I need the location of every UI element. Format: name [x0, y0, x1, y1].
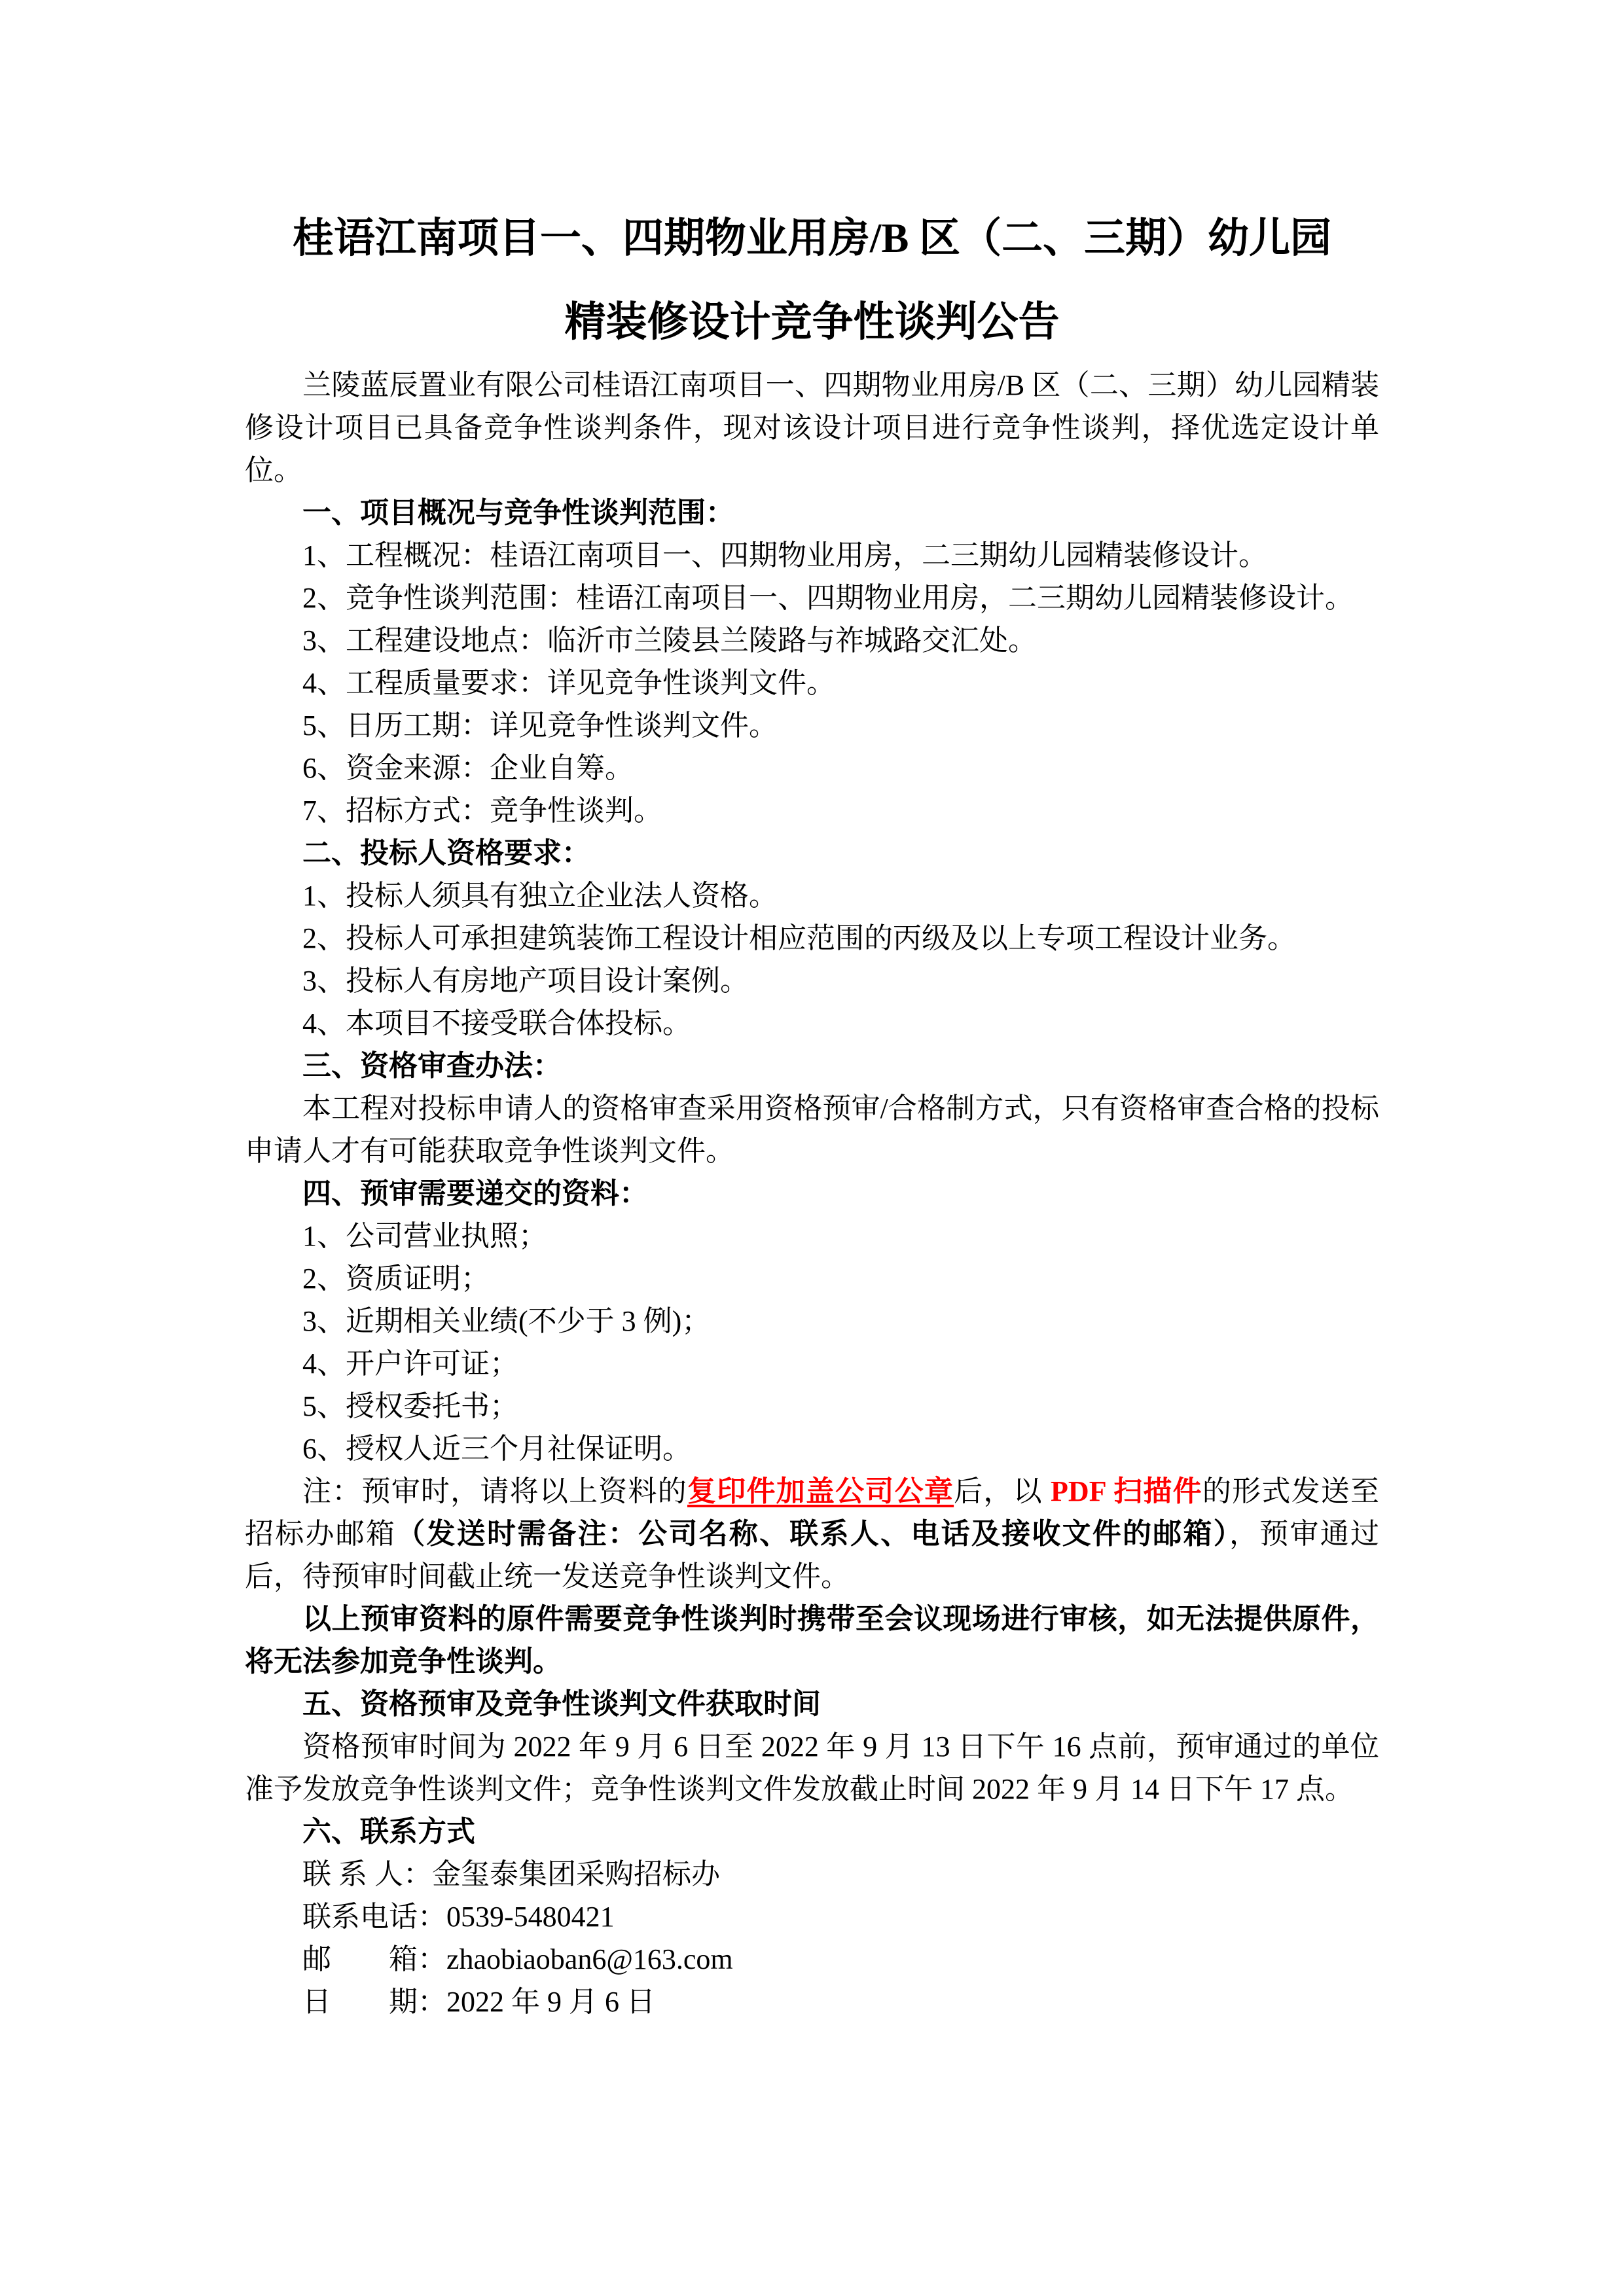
- contact-email-line: 邮 箱：zhaobiaoban6@163.com: [245, 1938, 1379, 1981]
- section-5-paragraph: 资格预审时间为 2022 年 9 月 6 日至 2022 年 9 月 13 日下…: [245, 1725, 1379, 1810]
- section-4-item-6: 6、授权人近三个月社保证明。: [245, 1427, 1379, 1470]
- doc-title-line-2: 精装修设计竞争性谈判公告: [245, 280, 1379, 364]
- section-2-item-1: 1、投标人须具有独立企业法人资格。: [245, 874, 1379, 917]
- section-1-item-4: 4、工程质量要求：详见竞争性谈判文件。: [245, 662, 1379, 704]
- section-1-item-1: 1、工程概况：桂语江南项目一、四期物业用房，二三期幼儿园精装修设计。: [245, 534, 1379, 577]
- note-segment: 复印件加盖公司公章: [687, 1475, 954, 1507]
- section-4-item-1: 1、公司营业执照；: [245, 1215, 1379, 1257]
- section-4-item-4: 4、开户许可证；: [245, 1342, 1379, 1385]
- section-2-item-2: 2、投标人可承担建筑装饰工程设计相应范围的丙级及以上专项工程设计业务。: [245, 917, 1379, 960]
- note-segment: PDF 扫描件: [1051, 1475, 1202, 1507]
- section-1-item-3: 3、工程建设地点：临沂市兰陵县兰陵路与祚城路交汇处。: [245, 619, 1379, 662]
- note-paragraph: 注：预审时，请将以上资料的复印件加盖公司公章后，以 PDF 扫描件的形式发送至招…: [245, 1470, 1379, 1598]
- section-2-heading: 二、投标人资格要求：: [245, 832, 1379, 874]
- section-1-heading: 一、项目概况与竞争性谈判范围：: [245, 492, 1379, 534]
- intro-paragraph: 兰陵蓝辰置业有限公司桂语江南项目一、四期物业用房/B 区（二、三期）幼儿园精装修…: [245, 364, 1379, 492]
- section-1-item-7: 7、招标方式：竞争性谈判。: [245, 789, 1379, 832]
- section-3-heading: 三、资格审查办法：: [245, 1045, 1379, 1087]
- contact-person-line: 联 系 人：金玺泰集团采购招标办: [245, 1853, 1379, 1895]
- section-2-item-3: 3、投标人有房地产项目设计案例。: [245, 960, 1379, 1002]
- contact-date-line: 日 期：2022 年 9 月 6 日: [245, 1981, 1379, 2023]
- section-4-item-3: 3、近期相关业绩(不少于 3 例)；: [245, 1300, 1379, 1342]
- note-segment: （发送时需备注：公司名称、联系人、电话及接收文件的邮箱）: [396, 1518, 1229, 1550]
- contact-phone-line: 联系电话：0539-5480421: [245, 1895, 1379, 1938]
- section-1-item-6: 6、资金来源：企业自筹。: [245, 747, 1379, 789]
- section-4-heading: 四、预审需要递交的资料：: [245, 1172, 1379, 1215]
- section-1-item-5: 5、日历工期：详见竞争性谈判文件。: [245, 704, 1379, 747]
- section-3-paragraph: 本工程对投标申请人的资格审查采用资格预审/合格制方式，只有资格审查合格的投标申请…: [245, 1087, 1379, 1172]
- warning-paragraph: 以上预审资料的原件需要竞争性谈判时携带至会议现场进行审核，如无法提供原件，将无法…: [245, 1598, 1379, 1683]
- section-2-item-4: 4、本项目不接受联合体投标。: [245, 1002, 1379, 1045]
- note-segment: 注：预审时，请将以上资料的: [302, 1475, 687, 1507]
- doc-title-line-1: 桂语江南项目一、四期物业用房/B 区（二、三期）幼儿园: [245, 196, 1379, 280]
- section-4-item-2: 2、资质证明；: [245, 1257, 1379, 1300]
- section-6-heading: 六、联系方式: [245, 1810, 1379, 1853]
- section-4-item-5: 5、授权委托书；: [245, 1385, 1379, 1427]
- document-page: 桂语江南项目一、四期物业用房/B 区（二、三期）幼儿园 精装修设计竞争性谈判公告…: [0, 0, 1624, 2296]
- section-5-heading: 五、资格预审及竞争性谈判文件获取时间: [245, 1683, 1379, 1725]
- section-1-item-2: 2、竞争性谈判范围：桂语江南项目一、四期物业用房，二三期幼儿园精装修设计。: [245, 577, 1379, 619]
- note-segment: 后，以: [954, 1475, 1051, 1507]
